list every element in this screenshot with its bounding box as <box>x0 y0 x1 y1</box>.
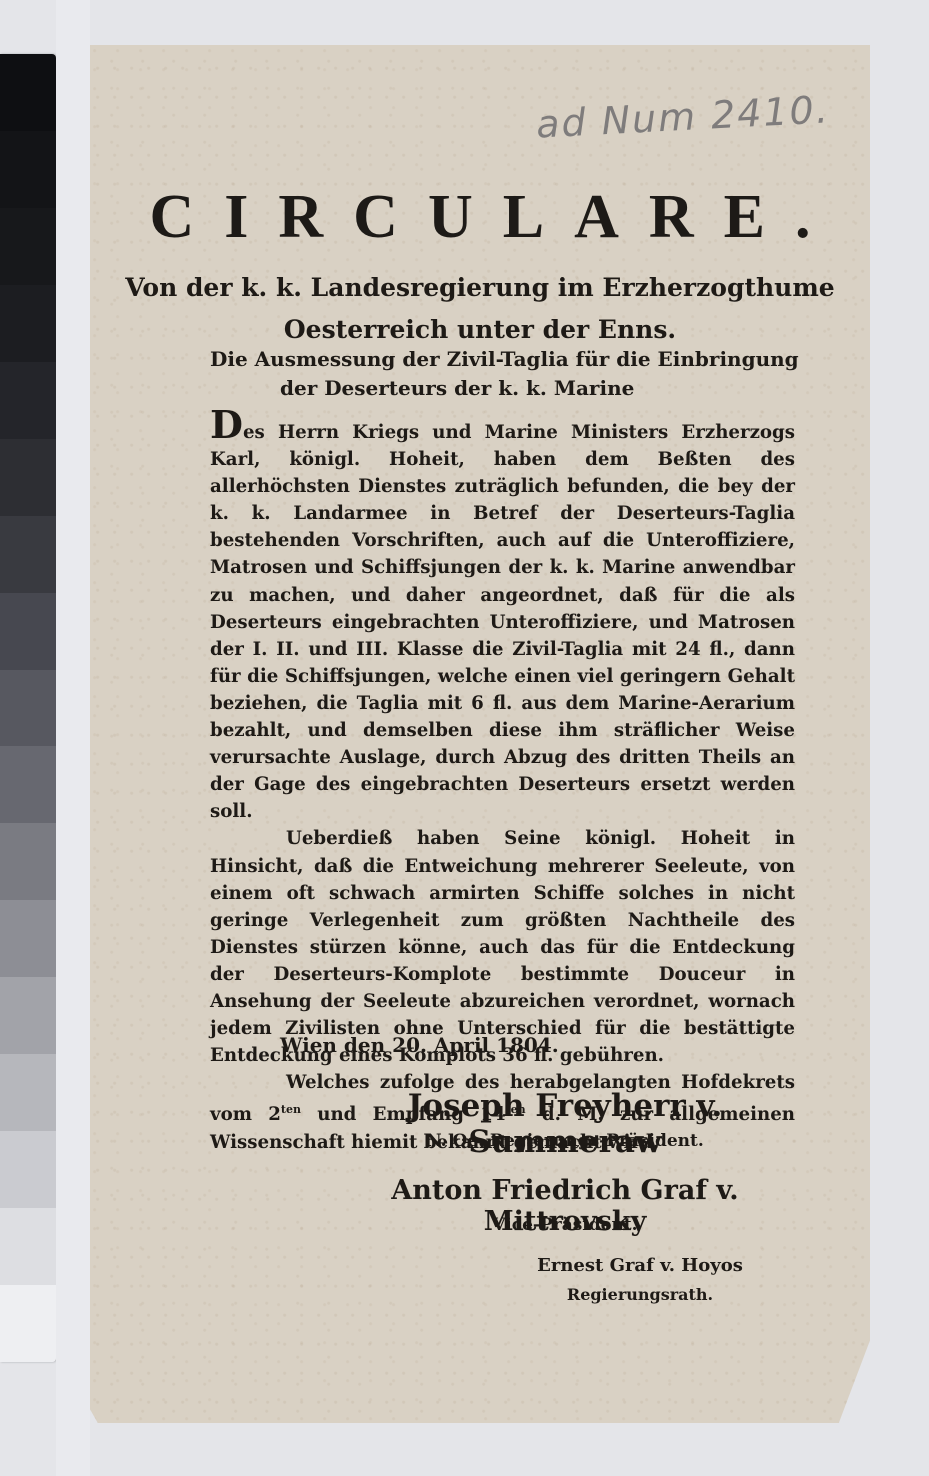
calibration-patch <box>0 208 56 285</box>
calibration-backing <box>56 0 90 1476</box>
issuer-heading: Von der k. k. Landesregierung im Erzherz… <box>90 267 870 351</box>
signature-1-title: N. Oe. Regierungs-Präsident. <box>330 1131 800 1151</box>
document-title: CIRCULARE. <box>90 182 870 253</box>
calibration-patch <box>0 1131 56 1208</box>
grayscale-calibration-strip <box>0 54 56 1362</box>
calibration-patch <box>0 516 56 593</box>
drop-cap: D <box>210 402 243 447</box>
calibration-patch <box>0 977 56 1054</box>
signature-3-title: Regierungsrath. <box>490 1285 790 1304</box>
calibration-patch <box>0 54 56 131</box>
subject-heading: Die Ausmessung der Zivil-Taglia für die … <box>210 345 800 403</box>
calibration-patch <box>0 900 56 977</box>
signature-2-title: Vice-Präsident. <box>330 1215 800 1235</box>
paragraph-1: Des Herrn Kriegs und Marine Ministers Er… <box>210 415 795 825</box>
issuer-line-1: Von der k. k. Landesregierung im Erzherz… <box>90 267 870 309</box>
subject-line-1: Die Ausmessung der Zivil-Taglia für die … <box>210 347 799 371</box>
calibration-patch <box>0 593 56 670</box>
calibration-patch <box>0 823 56 900</box>
document-page: ad Num 2410. CIRCULARE. Von der k. k. La… <box>90 45 870 1423</box>
issue-date: Wien den 20. April 1804. <box>280 1033 559 1057</box>
calibration-patch <box>0 439 56 516</box>
calibration-patch <box>0 362 56 439</box>
calibration-patch <box>0 1054 56 1131</box>
calibration-patch <box>0 746 56 823</box>
handwritten-annotation: ad Num 2410. <box>535 87 831 146</box>
calibration-patch <box>0 1285 56 1362</box>
calibration-patch <box>0 1208 56 1285</box>
calibration-patch <box>0 131 56 208</box>
subject-line-2: der Deserteurs der k. k. Marine <box>210 374 800 403</box>
calibration-patch <box>0 285 56 362</box>
signature-3-name: Ernest Graf v. Hoyos <box>490 1255 790 1276</box>
calibration-patch <box>0 670 56 747</box>
